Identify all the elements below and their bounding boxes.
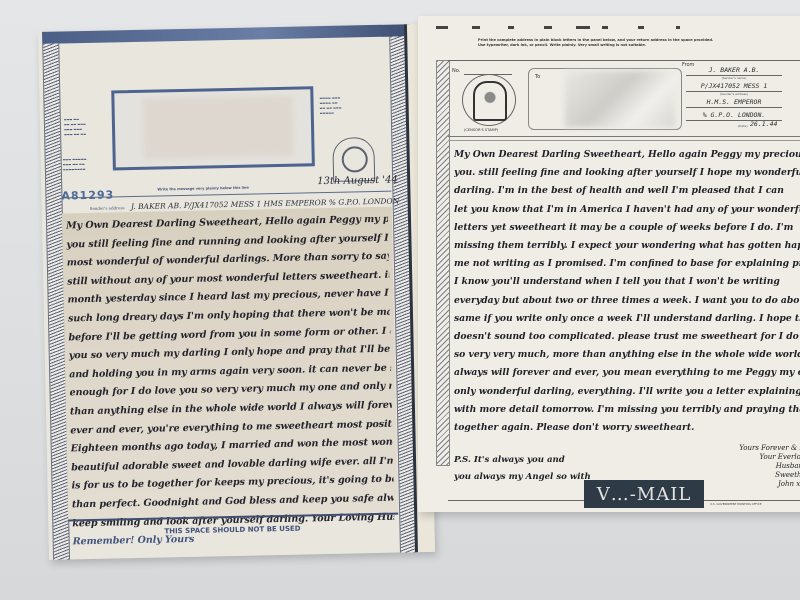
blue-top-band bbox=[42, 24, 410, 44]
printed-instructions: ▬▬▬ ▬▬▬▬ ▬▬ ▬▬▬▬▬▬ ▬▬▬▬▬▬ ▬▬ ▬▬ bbox=[64, 117, 108, 138]
handwritten-line: I know you'll understand when I tell you… bbox=[454, 273, 800, 291]
handwritten-message: My Own Dearest Darling Sweetheart, Hello… bbox=[454, 146, 800, 437]
printed-instructions-2: ▬▬▬ ▬▬▬▬▬▬▬▬ ▬▬ ▬▬▬▬▬▬▬▬▬▬ bbox=[63, 157, 107, 173]
handwritten-line: darling. I'm in the best of health and w… bbox=[454, 182, 800, 200]
censor-stamp bbox=[462, 74, 516, 126]
right-vmail-letter: Print the complete address in plain bloc… bbox=[418, 16, 800, 512]
serial-number: A81293 bbox=[61, 188, 114, 202]
perforation-marks bbox=[426, 24, 798, 34]
message-rule bbox=[448, 136, 800, 137]
sender-address-caption: (Sender's address) bbox=[686, 92, 782, 96]
redacted-address bbox=[565, 71, 675, 127]
handwritten-line: me not writing as I promised. I'm confin… bbox=[454, 255, 800, 273]
sender-address-label: Sender's address bbox=[90, 205, 125, 211]
recipient-address-box bbox=[111, 86, 315, 170]
sender-address-1: P/JX417052 MESS 1 bbox=[686, 82, 782, 90]
printed-postmark-instructions: ▬▬▬▬ ▬▬▬▬▬▬▬ ▬▬▬▬ ▬▬ ▬▬▬▬▬▬▬▬ bbox=[319, 95, 369, 116]
handwritten-line: missing them terribly. I expect your won… bbox=[454, 237, 800, 255]
sender-name: J. BAKER A.B. bbox=[686, 66, 782, 74]
handwritten-line: Yours Forever & Ever bbox=[736, 444, 800, 453]
handwritten-line: you. still feeling fine and looking afte… bbox=[454, 164, 800, 182]
handwritten-line: so very very much, more than anything el… bbox=[454, 346, 800, 364]
redacted-address bbox=[142, 96, 293, 159]
from-rule bbox=[686, 107, 782, 108]
letter-date: 13th August '44 bbox=[317, 174, 398, 187]
sender-address-3: % G.P.O. LONDON. bbox=[686, 111, 782, 119]
number-label: No. bbox=[452, 68, 460, 74]
handwritten-line: only wonderful darling, everything. I'll… bbox=[454, 383, 800, 401]
seal-icon bbox=[341, 146, 368, 173]
handwritten-line: John xxxxx bbox=[736, 480, 800, 489]
handwritten-line: P.S. It's always you and bbox=[454, 452, 591, 469]
handwritten-line: you always my Angel so with bbox=[454, 469, 591, 486]
vmail-banner: V…-MAIL bbox=[584, 480, 704, 508]
handwritten-line: doesn't sound too complicated. please tr… bbox=[454, 328, 800, 346]
sender-name-caption: (Sender's name) bbox=[686, 76, 782, 80]
date-label: (Date) bbox=[738, 124, 748, 128]
handwritten-line: everyday but about two or three times a … bbox=[454, 292, 800, 310]
postscript: P.S. It's always you andyou always my An… bbox=[454, 452, 591, 486]
handwritten-line: letters yet sweetheart it may be a coupl… bbox=[454, 219, 800, 237]
handwritten-message: My Own Dearest Darling Sweetheart, Hello… bbox=[66, 211, 395, 552]
letter-date: 26.1.44 bbox=[750, 120, 777, 128]
printer-note: U.S. GOVERNMENT PRINTING OFFICE bbox=[710, 502, 762, 506]
handwritten-line: Your Everloving bbox=[736, 453, 800, 462]
handwritten-line: Husband & Sweetheart bbox=[736, 462, 800, 480]
shield-icon bbox=[473, 81, 507, 121]
handwritten-line: with more detail tomorrow. I'm missing y… bbox=[454, 401, 800, 419]
handwritten-line: let you know that I'm in America I haven… bbox=[454, 201, 800, 219]
to-label: To bbox=[535, 74, 540, 80]
left-hatched-border bbox=[436, 60, 450, 466]
message-rule bbox=[448, 140, 800, 141]
header-rule bbox=[448, 60, 800, 61]
handwritten-line: My Own Dearest Darling Sweetheart, Hello… bbox=[454, 146, 800, 164]
censor-stamp-label: (CENSOR'S STAMP) bbox=[464, 128, 498, 132]
handwritten-line: always will forever and ever, you mean e… bbox=[454, 364, 800, 382]
sender-address-2: H.M.S. EMPEROR bbox=[686, 98, 782, 106]
printed-instructions: Print the complete address in plain bloc… bbox=[478, 38, 718, 48]
write-instruction: Write the message very plainly below thi… bbox=[157, 186, 249, 192]
closing-signature: Yours Forever & EverYour EverlovingHusba… bbox=[736, 444, 800, 489]
left-vmail-letter: ▬▬▬ ▬▬▬▬ ▬▬ ▬▬▬▬▬▬ ▬▬▬▬▬▬ ▬▬ ▬▬ ▬▬▬ ▬▬▬▬… bbox=[38, 24, 435, 560]
recipient-address-box: To bbox=[528, 68, 682, 130]
handwritten-line: same if you write only once a week I'll … bbox=[454, 310, 800, 328]
handwritten-line: together again. Please don't worry sweet… bbox=[454, 419, 800, 437]
